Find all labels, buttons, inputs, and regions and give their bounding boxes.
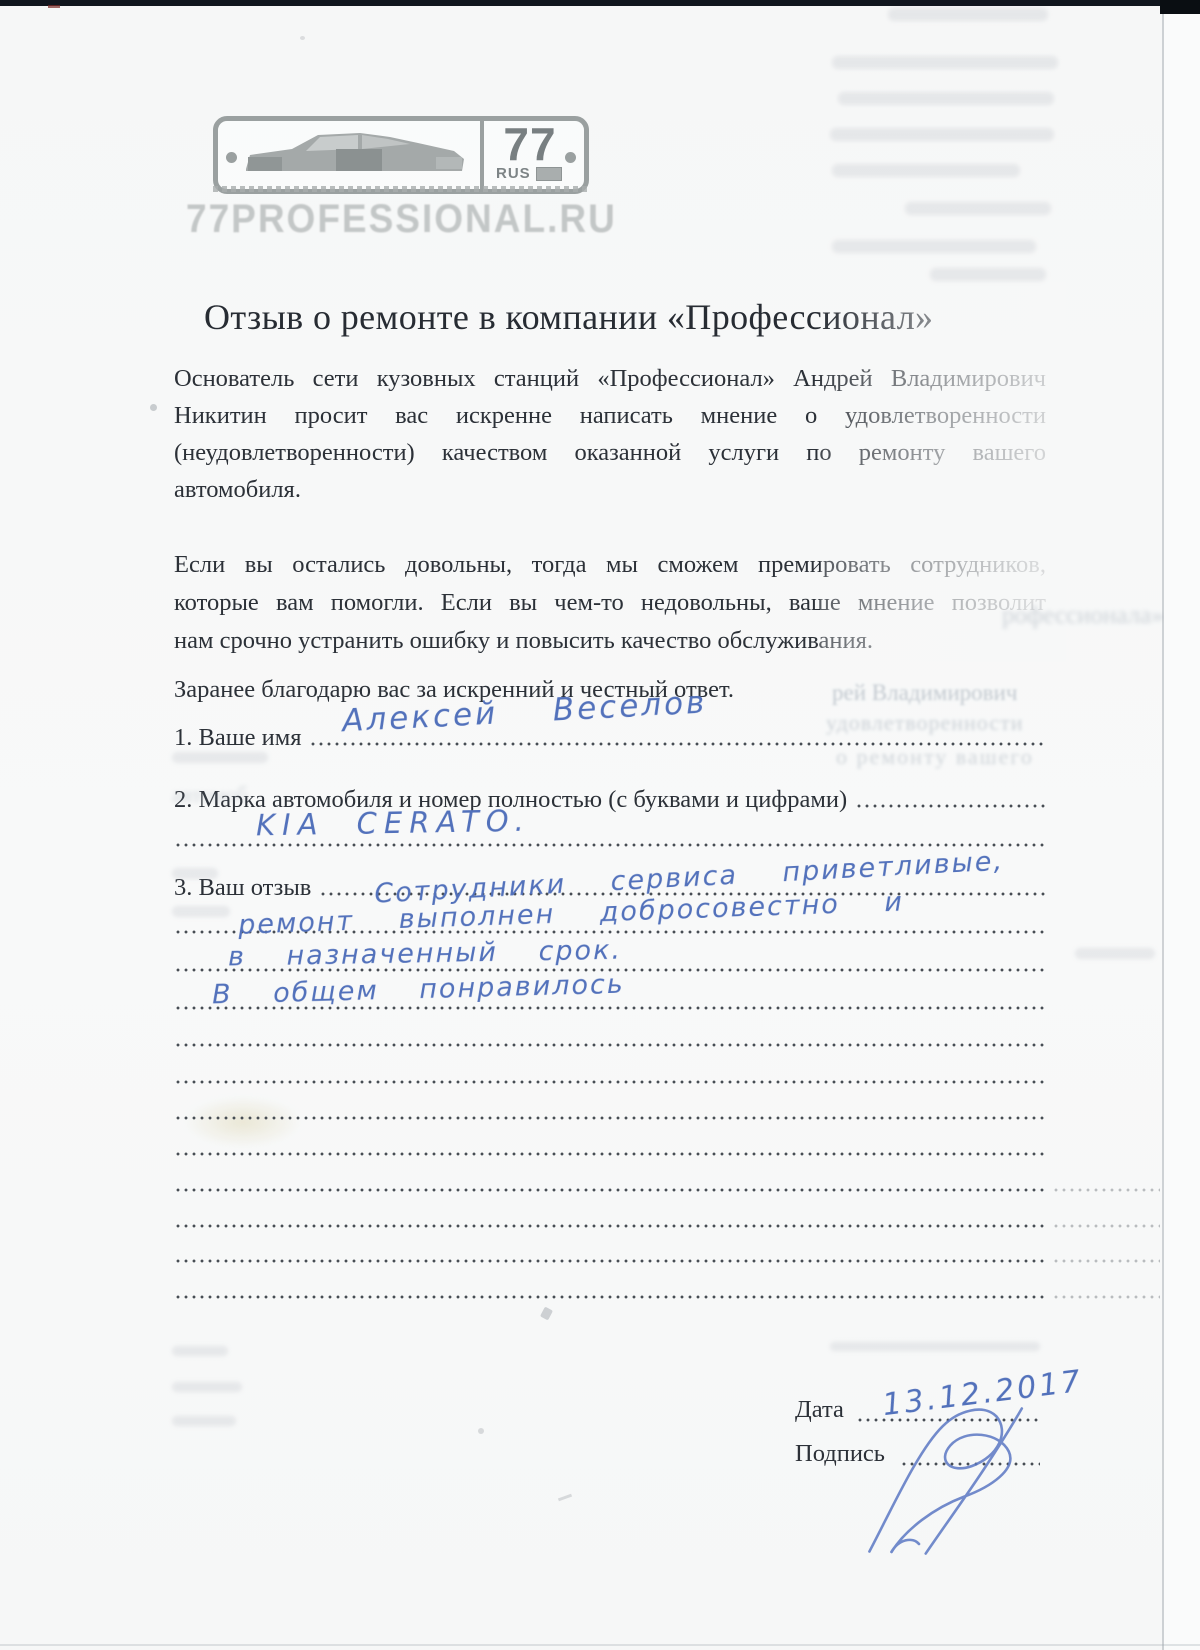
plate-number: 77 [494, 117, 566, 171]
pencil-mark [478, 1428, 484, 1434]
scanner-bottom-line [0, 1644, 1200, 1646]
ghost-text-bar [838, 92, 1054, 105]
plate-bolt-icon [565, 152, 576, 163]
review-handwriting-line: в назначенный срок. [228, 935, 622, 973]
pencil-mark [558, 1494, 572, 1502]
license-plate-logo: 77 RUS [213, 116, 589, 194]
plate-flag-icon [536, 167, 562, 181]
benefit-line: нам срочно устранить ошибку и повысить к… [174, 622, 1046, 659]
ghost-text-bar [888, 8, 1048, 21]
benefit-line: Если вы остались довольны, тогда мы смож… [174, 546, 1046, 583]
intro-line: (неудовлетворенности) качеством оказанно… [174, 434, 1046, 471]
review-handwriting-line: В общем понравилось [212, 969, 625, 1011]
plate-bolt-icon [226, 152, 237, 163]
scanner-corner-block [1160, 0, 1200, 14]
scanned-feedback-form: 77 RUS 77PROFESSIONAL.RU Отзыв о ремонте… [0, 0, 1200, 1650]
pencil-mark [540, 1307, 553, 1321]
scan-right-margin [1164, 0, 1200, 1650]
dotted-line [174, 1224, 1046, 1228]
benefit-line: которые вам помогли. Если вы чем-то недо… [174, 584, 1046, 621]
plate-region-label: RUS [496, 165, 531, 182]
paper-edge-line [1162, 10, 1164, 1650]
intro-line: автомобиля. [174, 471, 1046, 508]
ghost-text-bar [172, 1346, 228, 1356]
plate-shadow [213, 186, 589, 192]
dotted-line [174, 1188, 1046, 1192]
page-title: Отзыв о ремонте в компании «Профессионал… [204, 296, 1084, 338]
car-field-value-handwriting: KIA CERATO. [256, 804, 531, 843]
ghost-fragment: рофессионала» [1002, 602, 1164, 630]
scanner-edge-strip [0, 0, 1200, 6]
signature-mark [844, 1380, 1045, 1563]
ghost-text-bar [172, 1416, 236, 1426]
name-field-label: 1. Ваше имя [174, 724, 301, 752]
ghost-text-bar [930, 268, 1046, 281]
dotted-line [174, 843, 1046, 847]
dotted-line [174, 1116, 1046, 1120]
dotted-line [174, 1080, 1046, 1084]
ghost-dots [1052, 1224, 1160, 1228]
ghost-text-bar [832, 56, 1058, 69]
ghost-text-bar [172, 868, 218, 879]
site-watermark: 77PROFESSIONAL.RU [186, 196, 617, 241]
ghost-fragment: рей Владимирович [832, 680, 1017, 706]
dotted-line [174, 1259, 1046, 1263]
intro-line: Основатель сети кузовных станций «Профес… [174, 360, 1046, 397]
dotted-line [174, 1295, 1046, 1299]
ghost-text-bar [905, 202, 1051, 215]
ghost-text-bar [830, 128, 1054, 141]
ghost-dots [1052, 1188, 1160, 1192]
ghost-text-bar [832, 164, 1020, 177]
date-label: Дата [795, 1396, 844, 1424]
ghost-text-bar [1075, 948, 1155, 959]
dotted-leader [855, 804, 1046, 808]
ghost-dots [1052, 1259, 1160, 1263]
ghost-text-bar [172, 752, 268, 763]
ghost-text-bar [832, 240, 1036, 253]
ghost-fragment: автомоб [172, 782, 248, 808]
ghost-text-bar [172, 1382, 242, 1392]
plate-divider [480, 121, 484, 189]
ghost-text-bar [830, 1342, 1040, 1351]
car-silhouette-icon [240, 129, 472, 181]
intro-line: Никитин просит вас искренне написать мне… [174, 397, 1046, 434]
ghost-dots [1052, 1295, 1160, 1299]
pencil-mark [300, 36, 305, 40]
scan-red-speck [48, 5, 60, 8]
paper-stain [183, 1096, 303, 1148]
ghost-fragment: о ремонту вашего [836, 744, 1034, 770]
ghost-fragment: удовлетворенности [826, 710, 1024, 736]
dotted-line [174, 1043, 1046, 1047]
dotted-line [174, 1152, 1046, 1156]
ghost-text-bar [172, 906, 230, 917]
pencil-mark [150, 404, 157, 411]
